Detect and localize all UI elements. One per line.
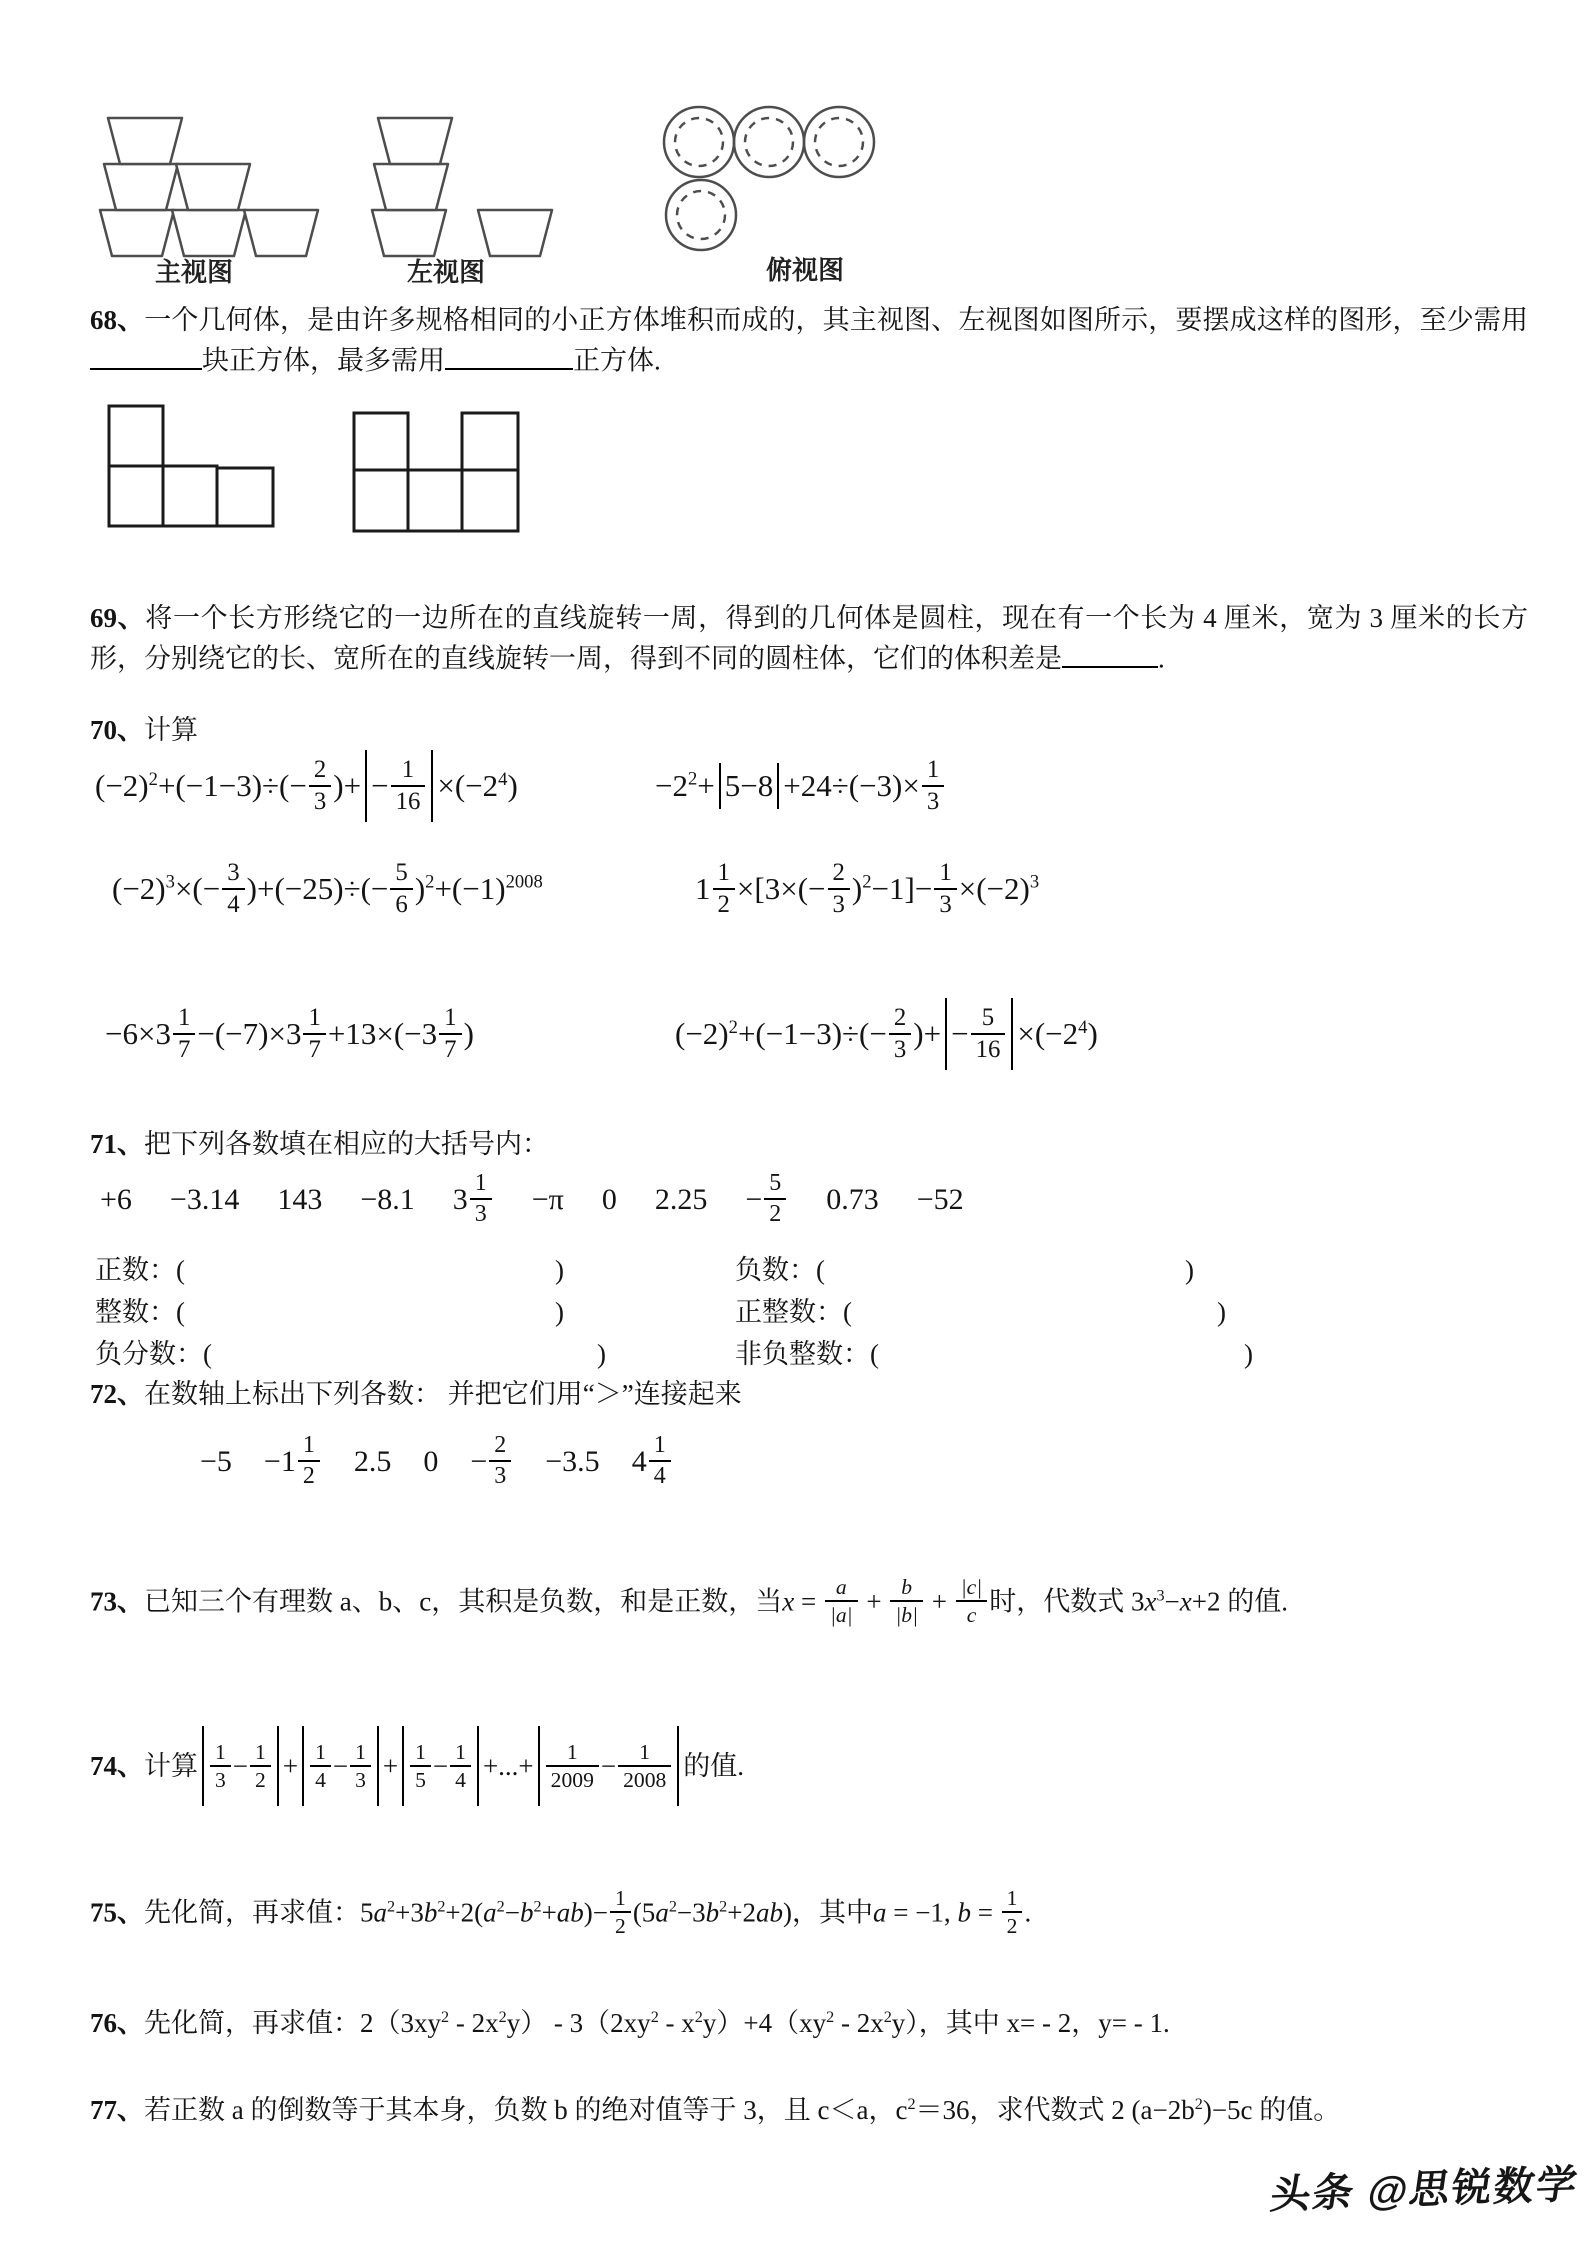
top-view-figure	[662, 104, 878, 254]
expression-70-3-left: −6×317−(−7)×317+13×(−317)	[105, 990, 474, 1084]
category-positive-integer: 正整数：()	[735, 1292, 1226, 1332]
side-view-label: 左视图	[407, 252, 485, 289]
expression-70-1-left: (−2)2+(−1−3)÷(−23)+−116×(−24)	[95, 748, 518, 830]
problem-73: 73、已知三个有理数 a、b、c，其积是负数，和是正数，当x = a|a| + …	[90, 1552, 1288, 1656]
category-negative: 负数：()	[735, 1250, 1194, 1290]
side-view-figure	[372, 118, 554, 258]
problem-72-header: 72、在数轴上标出下列各数： 并把它们用“＞”连接起来	[90, 1374, 742, 1414]
expression-70-1-right: −22+5−8+24÷(−3)×13	[655, 748, 946, 830]
worksheet-page: 主视图 左视图 俯视图 68、一个几何体，是由许多规格相同的小正方体堆积而成的，…	[0, 0, 1587, 2245]
problem-76: 76、先化简，再求值：2（3xy2 - 2x2y） - 3（2xy2 - x2y…	[90, 2003, 1170, 2043]
problem-74: 74、计算13−12+14−13+15−14+...+12009−12008的值…	[90, 1716, 744, 1822]
expression-70-2-left: (−2)3×(−34)+(−25)÷(−56)2+(−1)2008	[112, 845, 543, 939]
front-view-label: 主视图	[155, 252, 233, 289]
problem-71-numbers: +6−3.14143−8.1313−π02.25−520.73−52	[100, 1163, 964, 1241]
problem-71-header: 71、把下列各数填在相应的大括号内：	[90, 1124, 549, 1164]
expression-70-2-right: 112×[3×(−23)2−1]−13×(−2)3	[695, 845, 1039, 939]
problem-70-header: 70、计算	[90, 710, 198, 750]
category-nonnegative-integer: 非负整数：()	[735, 1334, 1253, 1374]
problem-69: 69、将一个长方形绕它的一边所在的直线旋转一周，得到的几何体是圆柱，现在有一个长…	[90, 598, 1528, 679]
top-view-label: 俯视图	[766, 250, 844, 287]
problem-68: 68、一个几何体，是由许多规格相同的小正方体堆积而成的，其主视图、左视图如图所示…	[90, 300, 1528, 381]
cube-net-figure-left	[107, 404, 277, 530]
problem-75: 75、先化简，再求值：5a2+3b2+2(a2−b2+ab)−12(5a2−3b…	[90, 1864, 1031, 1966]
front-view-figure	[100, 118, 322, 258]
problem-72-numbers: −5−1122.50−23−3.5414	[200, 1420, 673, 1508]
cube-net-figure-right	[352, 411, 522, 535]
category-positive: 正数：()	[95, 1250, 564, 1290]
category-integer: 整数：()	[95, 1292, 564, 1332]
category-negative-fraction: 负分数：()	[95, 1334, 606, 1374]
watermark: 头条 @思锐数学	[1267, 2153, 1583, 2221]
problem-77: 77、若正数 a 的倒数等于其本身，负数 b 的绝对值等于 3，且 c＜a，c2…	[90, 2090, 1340, 2130]
expression-70-3-right: (−2)2+(−1−3)÷(−23)+−516×(−24)	[675, 990, 1098, 1084]
